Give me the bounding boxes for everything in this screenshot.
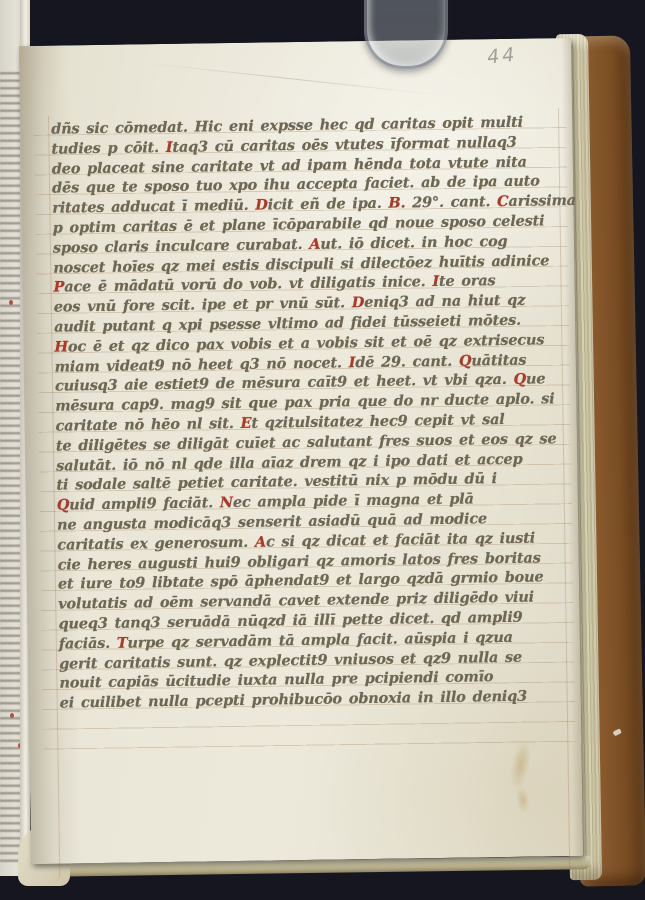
rubricated-letter: C (497, 193, 509, 210)
manuscript-text-block: dñs sic cōmedat. Hic eni expsse hec qd c… (51, 112, 574, 713)
ink-text: miam videat9 nō heet q3 nō nocet. (55, 354, 349, 375)
rubricated-letter: Q (57, 497, 70, 514)
ink-text: faciās. (59, 634, 117, 652)
ink-text: te oras (439, 272, 496, 290)
rubricated-letter: N (220, 494, 233, 511)
rubricated-letter: H (54, 338, 68, 355)
ink-text: caritatis ex generosum. (57, 533, 255, 553)
folio-number: 44 (486, 43, 518, 68)
ink-text: arissima (508, 192, 576, 210)
rubricated-letter: A (309, 235, 320, 252)
glass-page-weight (364, 0, 448, 69)
rubricated-letter: P (53, 279, 64, 296)
ink-text: ue (526, 371, 546, 388)
ink-text: taq3 cū caritas oēs vtutes īformat nulla… (172, 134, 516, 156)
ink-text: eos vnū fore scit. ipe et pr vnū sūt. (54, 294, 352, 315)
rubricated-letter: Q (459, 352, 472, 369)
rubricated-letter: D (255, 197, 268, 214)
rubricated-letter: D (352, 294, 365, 311)
ink-text: sposo claris inculcare curabat. (53, 236, 310, 257)
ink-text: uātitas (471, 351, 526, 369)
ink-text: ritates adducat ī mediū. (52, 197, 255, 217)
ink-text: ec ampla pide ī magna et plā (233, 491, 474, 512)
ink-text: eniq3 ad na hiut qz (364, 292, 525, 311)
facing-rubric-dot (9, 300, 13, 305)
rubricated-letter: T (117, 634, 128, 651)
rubricated-letter: E (240, 415, 251, 432)
ink-text: uid ampli9 faciāt. (69, 494, 220, 513)
binding-speck (613, 728, 622, 736)
ink-text: icit eñ de ipa. (268, 195, 389, 214)
ink-text: tudies p cōit. (51, 139, 166, 158)
rubricated-letter: B. (388, 195, 405, 212)
ink-text: ut. iō dicet. in hoc cog (320, 233, 507, 253)
manuscript-page: 44 dñs sic cōmedat. Hic eni expsse hec q… (19, 38, 583, 864)
ink-text: caritate nō hēo nl sit. (55, 415, 240, 435)
manuscript-photo: 44 dñs sic cōmedat. Hic eni expsse hec q… (0, 0, 645, 900)
rubricated-letter: A (255, 533, 266, 550)
parchment-stain (514, 786, 531, 814)
ink-text: 29°. cant. (405, 193, 497, 211)
ink-text: dē 29. cant. (355, 352, 459, 371)
ink-text: c si qz dicat et faciāt ita qz iusti (266, 529, 535, 550)
ink-text: t qzitulsitatez hec9 cepit vt sal (251, 411, 504, 432)
rubricated-letter: Q (513, 371, 526, 388)
facing-rubric-dot (10, 713, 14, 718)
